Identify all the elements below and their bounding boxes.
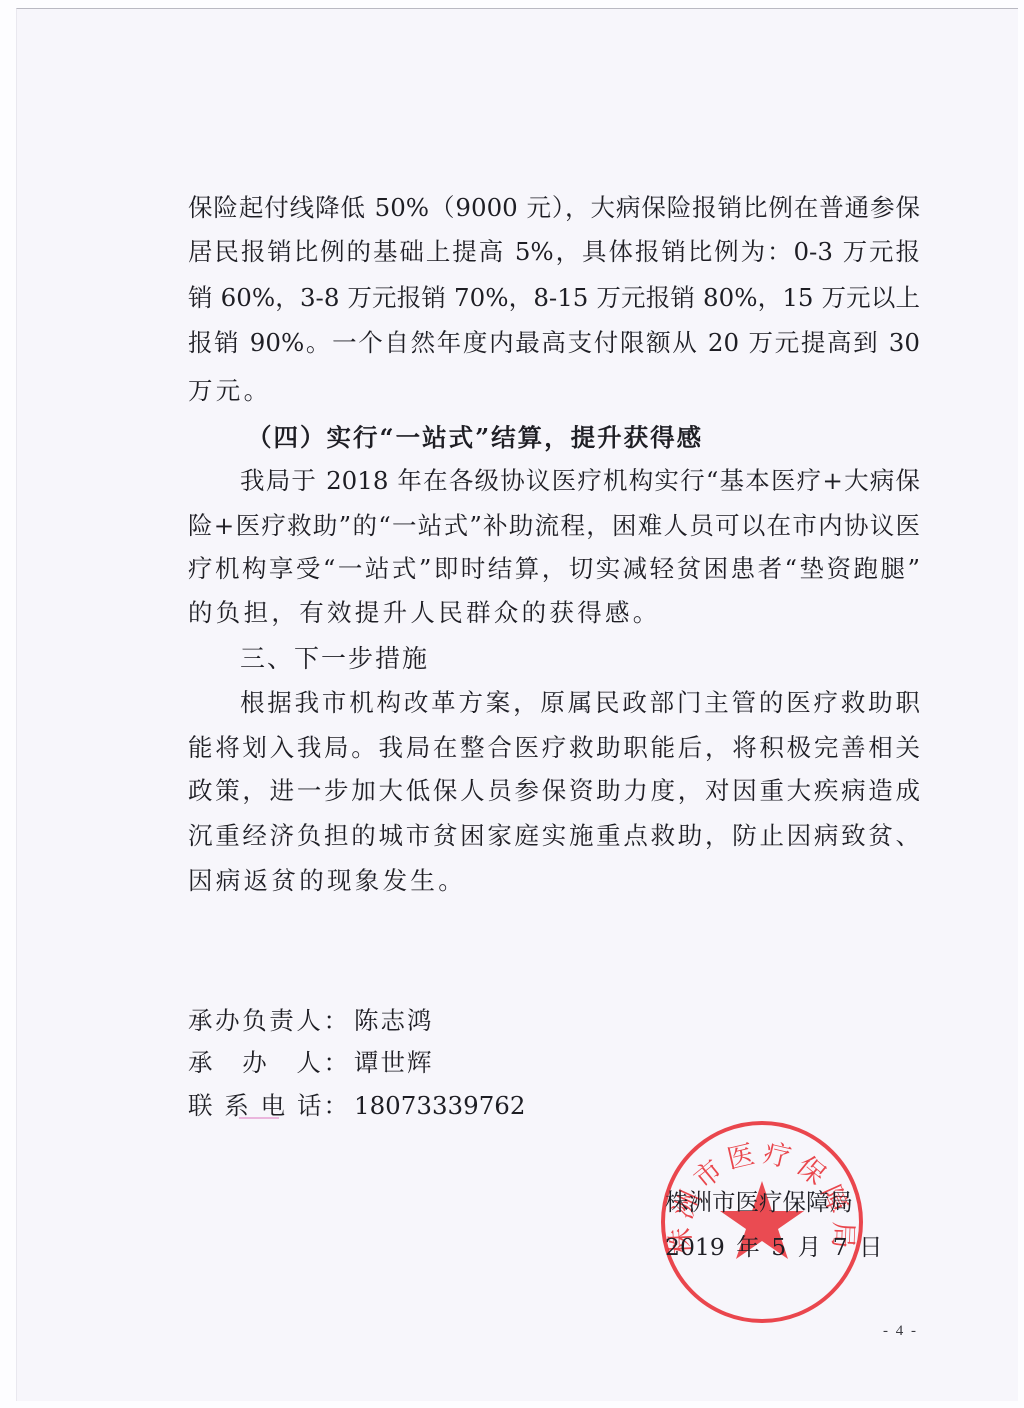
body-text-line: 沉重经济负担的城市贫困家庭实施重点救助，防止因病致贫、: [188, 821, 920, 851]
body-text-line: 根据我市机构改革方案，原属民政部门主管的医疗救助职: [240, 688, 920, 718]
official-seal-icon: 株洲市医疗保障局: [659, 1119, 865, 1325]
page-number: - 4 -: [883, 1321, 918, 1341]
stray-pen-mark: [239, 1117, 279, 1119]
issuer-organization: 株洲市医疗保障局: [665, 1187, 853, 1217]
body-text-line: 报销 90%。一个自然年度内最高支付限额从 20 万元提高到 30: [188, 328, 920, 358]
signature-handler: 承 办 人：谭世辉: [188, 1048, 434, 1078]
issue-date: 2019 年 5 月 7 日: [665, 1232, 883, 1262]
body-text-line: 因病返贫的现象发生。: [188, 866, 920, 896]
document-page: 保险起付线降低 50%（9000 元），大病保险报销比例在普通参保 居民报销比例…: [16, 8, 1018, 1401]
body-text-line: 的负担，有效提升人民群众的获得感。: [188, 598, 920, 628]
body-text-line: 能将划入我局。我局在整合医疗救助职能后，将积极完善相关: [188, 733, 920, 763]
body-text-line: 销 60%，3-8 万元报销 70%，8-15 万元报销 80%，15 万元以上: [188, 283, 920, 313]
responsible-name: 陈志鸿: [354, 1006, 434, 1036]
section-heading-four: （四）实行“一站式”结算，提升获得感: [247, 423, 703, 453]
body-text-line: 居民报销比例的基础上提高 5%，具体报销比例为：0-3 万元报: [188, 237, 920, 267]
body-text-line: 万元。: [188, 376, 920, 406]
handler-label: 承 办 人：: [188, 1048, 348, 1078]
body-text-line: 保险起付线降低 50%（9000 元），大病保险报销比例在普通参保: [188, 193, 920, 223]
handler-name: 谭世辉: [354, 1048, 434, 1078]
section-heading-next-steps: 三、下一步措施: [240, 644, 429, 674]
signature-responsible: 承办负责人：陈志鸿: [188, 1006, 434, 1036]
phone-number: 18073339762: [354, 1091, 525, 1121]
body-text-line: 疗机构享受“一站式”即时结算，切实减轻贫困患者“垫资跑腿”: [188, 554, 920, 584]
body-text-line: 我局于 2018 年在各级协议医疗机构实行“基本医疗+大病保: [240, 466, 920, 496]
body-text-line: 险+医疗救助”的“一站式”补助流程，困难人员可以在市内协议医: [188, 511, 920, 541]
responsible-label: 承办负责人：: [188, 1006, 348, 1036]
body-text-line: 政策，进一步加大低保人员参保资助力度，对因重大疾病造成: [188, 776, 920, 806]
